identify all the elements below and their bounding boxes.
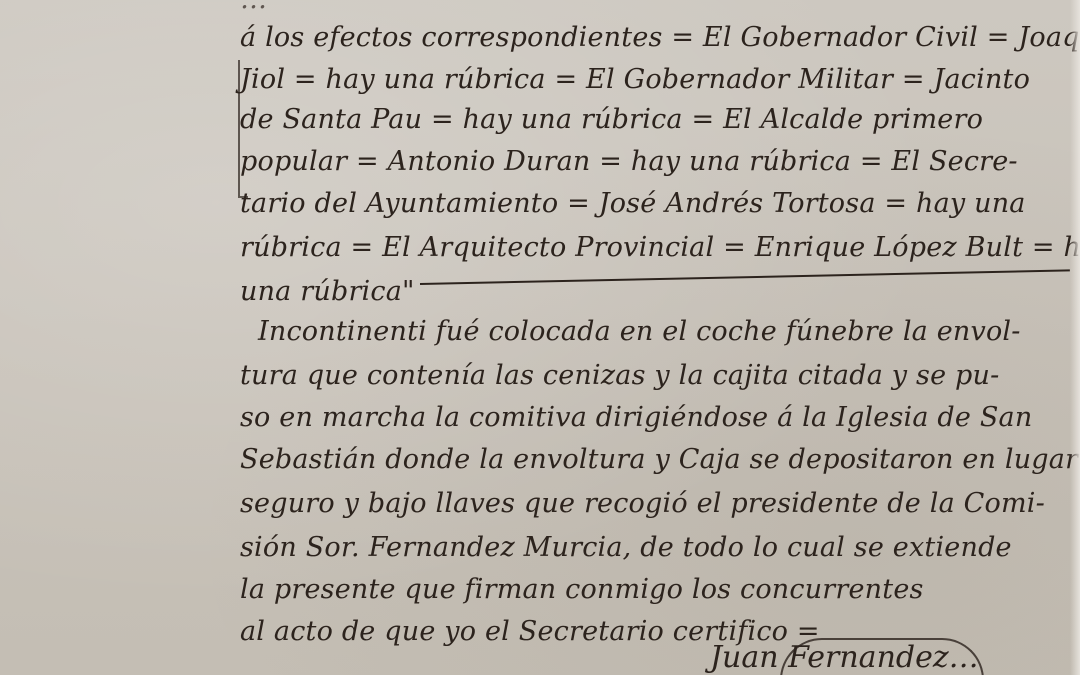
text-line-12: seguro y bajo llaves que recogió el pres… <box>240 488 1045 519</box>
text-line-14: la presente que firman conmigo los concu… <box>240 574 924 605</box>
text-line-4: popular = Antonio Duran = hay una rúbric… <box>240 146 1018 177</box>
text-line-3: de Santa Pau = hay una rúbrica = El Alca… <box>240 104 983 135</box>
text-line-2: Jiol = hay una rúbrica = El Gobernador M… <box>240 64 1030 95</box>
text-line-13: sión Sor. Fernandez Murcia, de todo lo c… <box>240 532 1012 563</box>
paragraph-start-line: Incontinenti fué colocada en el coche fú… <box>258 316 1021 347</box>
closing-rule-line <box>420 269 1070 285</box>
text-line-11: Sebastián donde la envoltura y Caja se d… <box>240 444 1078 475</box>
signature: Juan Fernandez… <box>710 640 979 675</box>
text-line-7: una rúbrica" <box>240 276 415 307</box>
page-edge <box>1070 0 1080 675</box>
text-line-10: so en marcha la comitiva dirigiéndose á … <box>240 402 1032 433</box>
text-line-1: á los efectos correspondientes = El Gobe… <box>240 22 1080 53</box>
manuscript-page: … á los efectos correspondientes = El Go… <box>0 0 1080 675</box>
text-line-partial-top: … <box>240 0 267 15</box>
text-line-6: rúbrica = El Arquitecto Provincial = Enr… <box>240 232 1080 263</box>
text-line-9: tura que contenía las cenizas y la cajit… <box>240 360 999 391</box>
text-line-5: tario del Ayuntamiento = José Andrés Tor… <box>240 188 1026 219</box>
